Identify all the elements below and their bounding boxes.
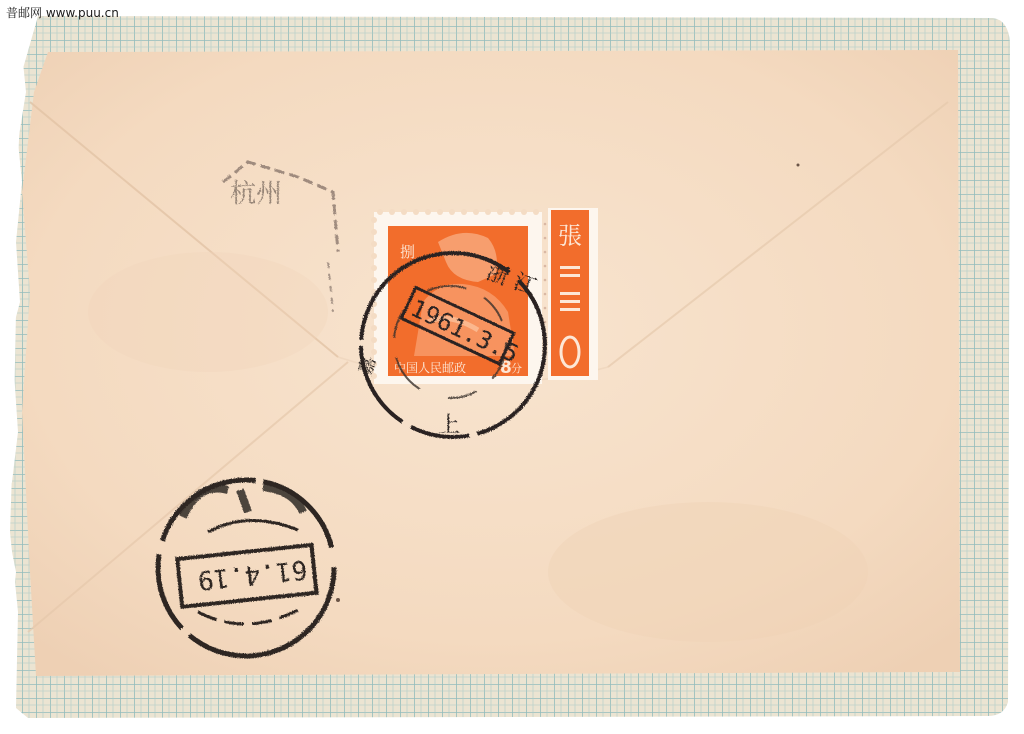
stamp-country-text: 中国人民邮政	[394, 360, 466, 375]
stamp-value-glyph: 捌	[400, 243, 415, 261]
postmark-main-bottom: 上	[438, 413, 460, 438]
watermark-caption: 普邮网 www.puu.cn	[6, 4, 119, 21]
faint-postmark-text: 杭州	[230, 179, 282, 209]
sheet-margin-inscription: 張 張二三〇	[548, 208, 598, 380]
envelope-back: 杭州 捌 中国人民邮政	[8, 12, 1014, 720]
svg-text:張: 張	[558, 222, 582, 250]
